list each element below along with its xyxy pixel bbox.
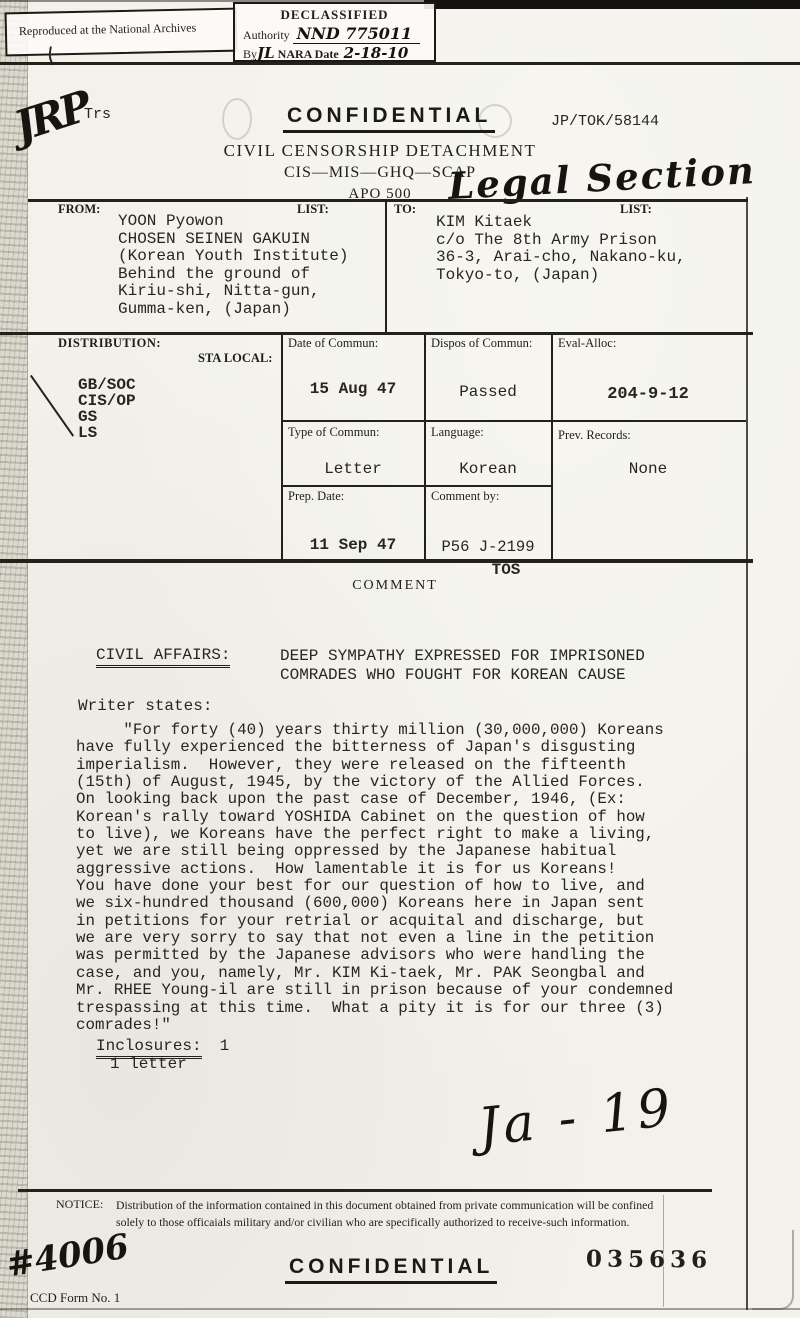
archives-stamp: Reproduced at the National Archives xyxy=(5,8,238,57)
comment-by-label: Comment by: xyxy=(431,489,499,504)
distribution-list: GB/SOC CIS/OP GS LS xyxy=(78,377,136,441)
table-col-divider-2 xyxy=(424,332,426,560)
declassified-stamp: DECLASSIFIED Authority NND 775011 ByJL N… xyxy=(233,2,436,62)
dispos-value: Passed xyxy=(426,383,550,401)
nara-date-label: NARA Date xyxy=(278,47,339,61)
from-to-divider xyxy=(385,199,387,332)
prev-records-label: Prev. Records: xyxy=(558,428,631,443)
classification-bottom: CONFIDENTIAL xyxy=(285,1255,497,1284)
language-label: Language: xyxy=(431,425,484,440)
nara-date-value-handwritten: 2-18-10 xyxy=(342,44,415,63)
table-bottom-rule xyxy=(0,559,753,563)
to-address: KIM Kitaek c/o The 8th Army Prison 36-3,… xyxy=(436,214,686,284)
to-label: TO: xyxy=(394,202,416,217)
pen-squiggle xyxy=(46,46,77,74)
inclosures-line: Inclosures: 1 xyxy=(96,1037,229,1055)
comment-by-value: P56 J-2199 xyxy=(426,538,550,556)
declassified-title: DECLASSIFIED xyxy=(235,7,434,23)
subject-lines: DEEP SYMPATHY EXPRESSED FOR IMPRISONED C… xyxy=(280,647,645,684)
scan-edge-bottom xyxy=(0,1308,800,1310)
declassified-authority-line: Authority NND 775011 xyxy=(243,24,434,43)
notice-text: Distribution of the information containe… xyxy=(116,1197,653,1231)
dispos-label: Dispos of Commun: xyxy=(431,336,532,351)
header-rule xyxy=(0,62,800,65)
prev-records-value: None xyxy=(553,460,743,478)
by-signature: JL xyxy=(257,44,275,62)
prep-date-label: Prep. Date: xyxy=(288,489,344,504)
page-corner-curl xyxy=(752,1230,794,1310)
letter-body: "For forty (40) years thirty million (30… xyxy=(76,722,673,1034)
table-col-divider-3 xyxy=(551,332,553,560)
writer-states: Writer states: xyxy=(78,697,212,715)
notice-rule xyxy=(18,1189,712,1192)
table-row-divider-1 xyxy=(281,420,746,422)
tos-note: TOS xyxy=(466,561,546,579)
date-of-commun-value: 15 Aug 47 xyxy=(283,380,423,398)
distribution-slash-mark xyxy=(30,375,74,437)
language-value: Korean xyxy=(426,460,550,478)
table-col-divider-1 xyxy=(281,332,283,560)
eval-alloc-value: 204-9-12 xyxy=(553,385,743,404)
distribution-label: DISTRIBUTION: xyxy=(58,336,161,351)
authority-value-handwritten: NND 775011 xyxy=(293,24,421,44)
category-heading: CIVIL AFFAIRS: xyxy=(96,646,230,668)
scan-bar-top-right xyxy=(424,0,800,9)
prep-date-value: 11 Sep 47 xyxy=(283,536,423,554)
control-number-stamp: 035636 xyxy=(586,1245,712,1273)
notice-label: NOTICE: xyxy=(56,1197,103,1212)
sta-local-label: STA LOCAL: xyxy=(198,351,272,366)
comment-heading: COMMENT xyxy=(0,578,790,594)
table-row-divider-2 xyxy=(281,485,553,487)
form-number: CCD Form No. 1 xyxy=(30,1290,120,1306)
scan-artifact-circle xyxy=(222,98,252,140)
reference-number: JP/TOK/58144 xyxy=(551,113,659,130)
table-top-rule xyxy=(0,332,753,335)
ja-mark-handwritten: Ja - 19 xyxy=(475,1078,677,1158)
authority-label: Authority xyxy=(243,28,290,42)
from-address: YOON Pyowon CHOSEN SEINEN GAKUIN (Korean… xyxy=(118,213,348,319)
inclosures-count: 1 xyxy=(220,1037,230,1055)
type-value: Letter xyxy=(283,460,423,478)
eval-alloc-label: Eval-Alloc: xyxy=(558,336,616,351)
scanned-document-page: Reproduced at the National Archives DECL… xyxy=(0,0,800,1318)
classification-top: CONFIDENTIAL xyxy=(283,104,495,133)
type-label: Type of Commun: xyxy=(288,425,379,440)
from-label: FROM: xyxy=(58,202,100,217)
page-rule-right xyxy=(746,197,748,1310)
by-label: By xyxy=(243,47,257,61)
inclosures-detail: 1 letter xyxy=(110,1055,187,1073)
archives-stamp-text: Reproduced at the National Archives xyxy=(7,10,235,40)
date-of-commun-label: Date of Commun: xyxy=(288,336,378,351)
declassified-by-line: ByJL NARA Date 2-18-10 xyxy=(243,44,434,62)
trs-note: Trs xyxy=(84,106,111,123)
